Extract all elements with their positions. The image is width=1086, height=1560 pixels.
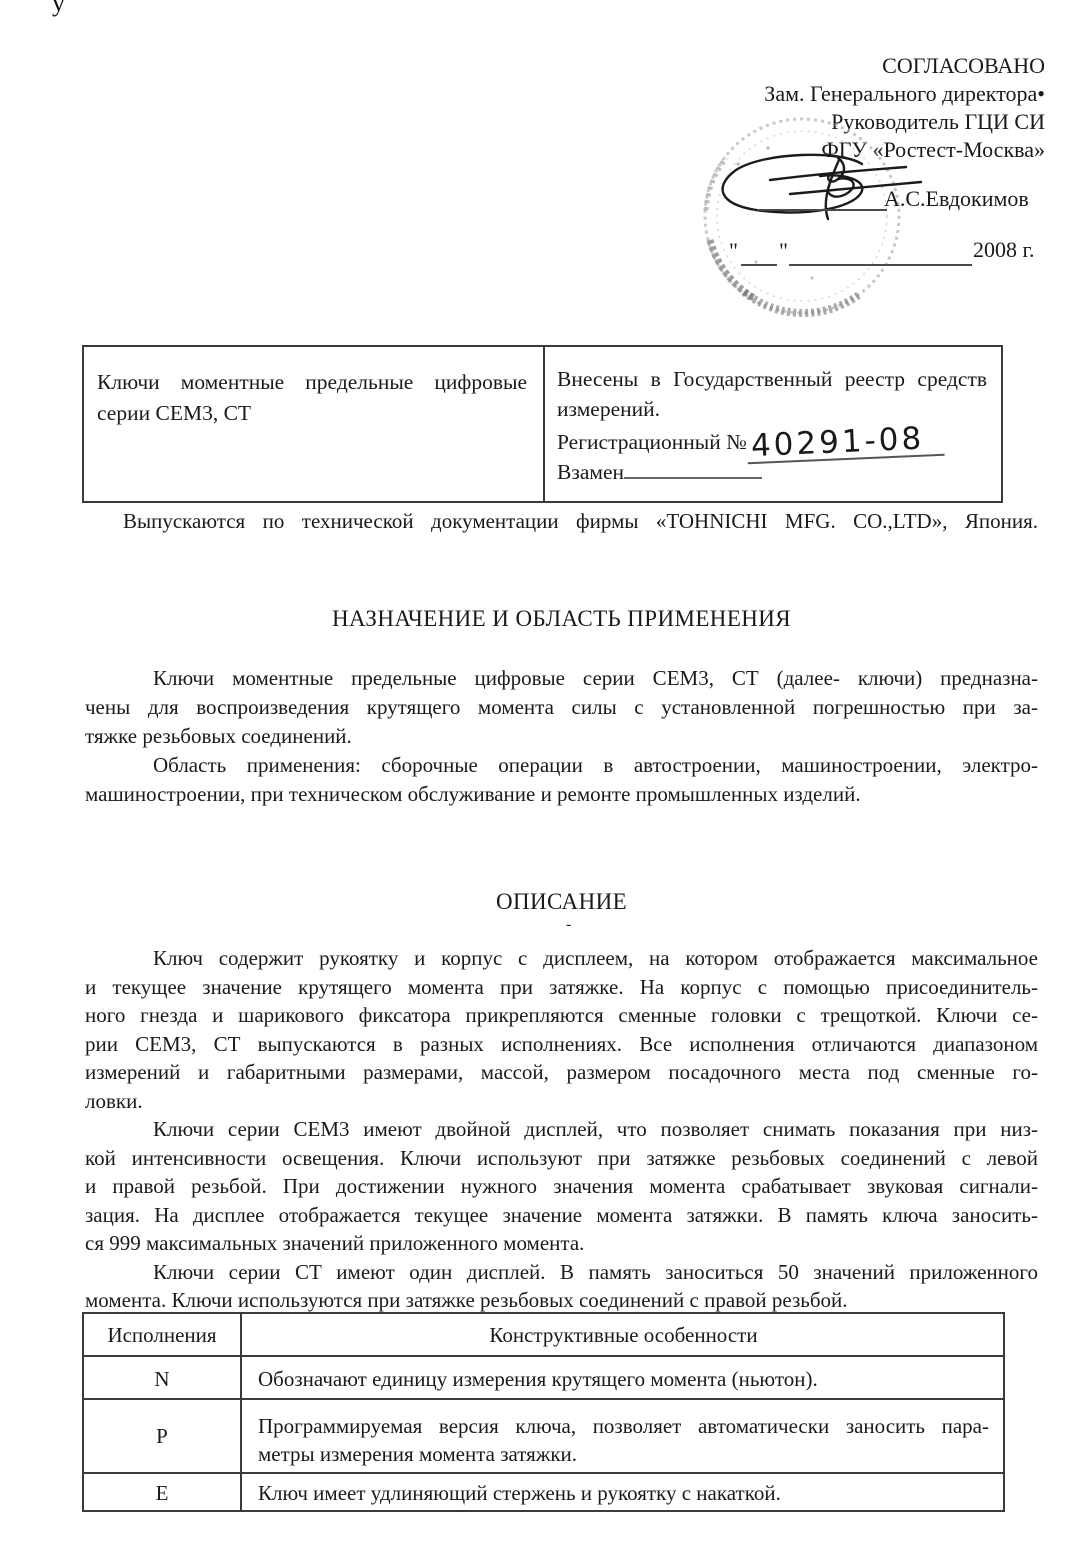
text-line: и правой резьбой. При достижении нужного…	[85, 1172, 1038, 1201]
date-month-blank	[789, 264, 972, 266]
approval-title: СОГЛАСОВАНО	[540, 52, 1045, 80]
version-code: P	[84, 1400, 242, 1472]
registry-entry-line1: Внесены в Государственный реестр средств	[557, 364, 987, 394]
versions-col2-header: Конструктивные особенности	[242, 1314, 1003, 1355]
text-line: ся 999 максимальных значений приложенног…	[85, 1229, 1038, 1258]
purpose-section-heading: НАЗНАЧЕНИЕ И ОБЛАСТЬ ПРИМЕНЕНИЯ	[85, 606, 1038, 632]
version-feature: Ключ имеет удлиняющий стержень и рукоятк…	[242, 1474, 1003, 1510]
replaces-label: Взамен	[557, 460, 624, 484]
product-name-line1: Ключи моментные предельные цифровые	[97, 367, 527, 398]
table-row: E Ключ имеет удлиняющий стержень и рукоя…	[84, 1472, 1003, 1510]
text-line: тяжке резьбовых соединений.	[85, 722, 1038, 751]
registry-product-cell: Ключи моментные предельные цифровые сери…	[84, 347, 545, 501]
text-line: измерений и габаритными размерами, массо…	[85, 1058, 1038, 1087]
signature-blank-line	[757, 209, 887, 211]
version-code: E	[84, 1474, 242, 1510]
replaces-blank-line	[624, 457, 762, 479]
purpose-paragraphs: Ключи моментные предельные цифровые сери…	[85, 664, 1038, 809]
text-line: Ключи моментные предельные цифровые сери…	[85, 664, 1038, 693]
text-line: Ключ содержит рукоятку и корпус с диспле…	[85, 944, 1038, 973]
versions-table-header-row: Исполнения Конструктивные особенности	[84, 1314, 1003, 1355]
date-day-blank	[741, 264, 777, 266]
text-line: ловки.	[85, 1087, 1038, 1116]
table-row: P Программируемая версия ключа, позволяе…	[84, 1398, 1003, 1472]
version-feature-line1: Программируемая версия ключа, позволяет …	[258, 1412, 989, 1440]
registry-box: Ключи моментные предельные цифровые сери…	[82, 345, 1003, 503]
scanned-document-page: у СОГЛАСОВАНО Зам. Генерального директор…	[0, 0, 1086, 1560]
version-feature-line2: метры измерения момента затяжки.	[258, 1440, 989, 1468]
registration-number-row: Регистрационный №40291-08	[557, 424, 987, 457]
date-open-quote: "	[729, 238, 738, 264]
version-feature: Программируемая версия ключа, позволяет …	[242, 1400, 1003, 1472]
text-line: чены для воспроизведения крутящего момен…	[85, 693, 1038, 722]
description-paragraphs: Ключ содержит рукоятку и корпус с диспле…	[85, 944, 1038, 1315]
versions-table: Исполнения Конструктивные особенности N …	[82, 1312, 1005, 1512]
text-line: машиностроении, при техническом обслужив…	[85, 780, 1038, 809]
approval-role-line1: Зам. Генерального директора•	[540, 80, 1045, 108]
text-line: рии СЕМ3, СТ выпускаются в разных исполн…	[85, 1030, 1038, 1059]
version-feature: Обозначают единицу измерения крутящего м…	[242, 1357, 1003, 1398]
registry-entry-cell: Внесены в Государственный реестр средств…	[545, 347, 1001, 501]
version-code: N	[84, 1357, 242, 1398]
text-line: зация. На дисплее отображается текущее з…	[85, 1201, 1038, 1230]
stray-scan-mark: у	[52, 0, 65, 18]
product-name-line2: серии СЕМ3, СТ	[97, 398, 527, 429]
registry-entry-line2: измерений.	[557, 394, 987, 424]
text-line: момента. Ключи используются при затяжке …	[85, 1286, 1038, 1315]
versions-col1-header: Исполнения	[84, 1314, 242, 1355]
approval-signee-name: А.С.Евдокимов	[884, 186, 1029, 212]
text-line: Ключи серии СТ имеют один дисплей. В пам…	[85, 1258, 1038, 1287]
table-row: N Обозначают единицу измерения крутящего…	[84, 1355, 1003, 1398]
text-line: кой интенсивности освещения. Ключи испол…	[85, 1144, 1038, 1173]
date-year: 2008 г.	[973, 237, 1035, 263]
text-line: ного гнезда и шарикового фиксатора прикр…	[85, 1001, 1038, 1030]
registration-number-label: Регистрационный №	[557, 430, 747, 454]
text-line: и текущее значение крутящего момента при…	[85, 973, 1038, 1002]
stray-dot: -	[566, 916, 571, 934]
text-line: Ключи серии СЕМ3 имеют двойной дисплей, …	[85, 1115, 1038, 1144]
date-close-quote: "	[779, 238, 788, 264]
description-section-heading: ОПИСАНИЕ	[85, 889, 1038, 915]
text-line: Область применения: сборочные операции в…	[85, 751, 1038, 780]
issued-by-line: Выпускаются по технической документации …	[85, 506, 1038, 536]
